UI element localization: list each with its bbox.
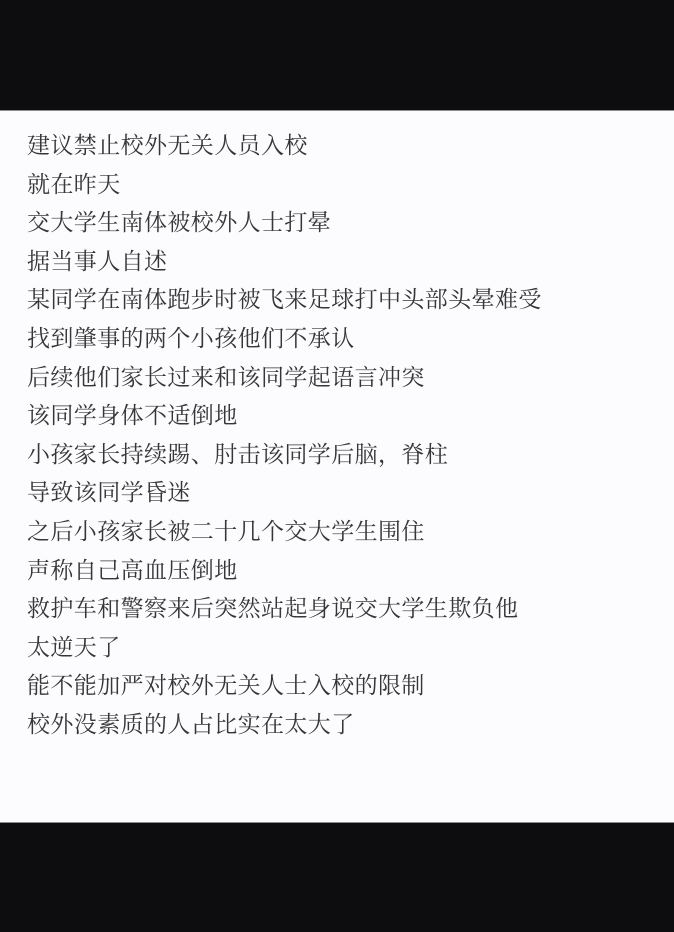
text-line: 小孩家长持续踢、肘击该同学后脑，脊柱 [27,436,542,475]
text-line: 交大学生南体被校外人士打晕 [27,204,542,243]
text-line: 太逆天了 [27,629,542,668]
bottom-black-bar [0,822,674,932]
top-black-bar [0,0,674,110]
text-line: 某同学在南体跑步时被飞来足球打中头部头晕难受 [27,281,542,320]
text-line: 据当事人自述 [27,243,542,282]
text-line: 找到肇事的两个小孩他们不承认 [27,320,542,359]
text-line: 声称自己高血压倒地 [27,552,542,591]
post-text-lines: 建议禁止校外无关人员入校 就在昨天 交大学生南体被校外人士打晕 据当事人自述 某… [27,127,542,745]
text-line: 建议禁止校外无关人员入校 [27,127,542,166]
text-line: 能不能加严对校外无关人士入校的限制 [27,667,542,706]
text-line: 校外没素质的人占比实在太大了 [27,706,542,745]
post-text-panel: 建议禁止校外无关人员入校 就在昨天 交大学生南体被校外人士打晕 据当事人自述 某… [0,110,674,822]
text-line: 救护车和警察来后突然站起身说交大学生欺负他 [27,590,542,629]
text-line: 就在昨天 [27,166,542,205]
text-line: 该同学身体不适倒地 [27,397,542,436]
text-line: 导致该同学昏迷 [27,474,542,513]
text-line: 之后小孩家长被二十几个交大学生围住 [27,513,542,552]
text-line: 后续他们家长过来和该同学起语言冲突 [27,359,542,398]
